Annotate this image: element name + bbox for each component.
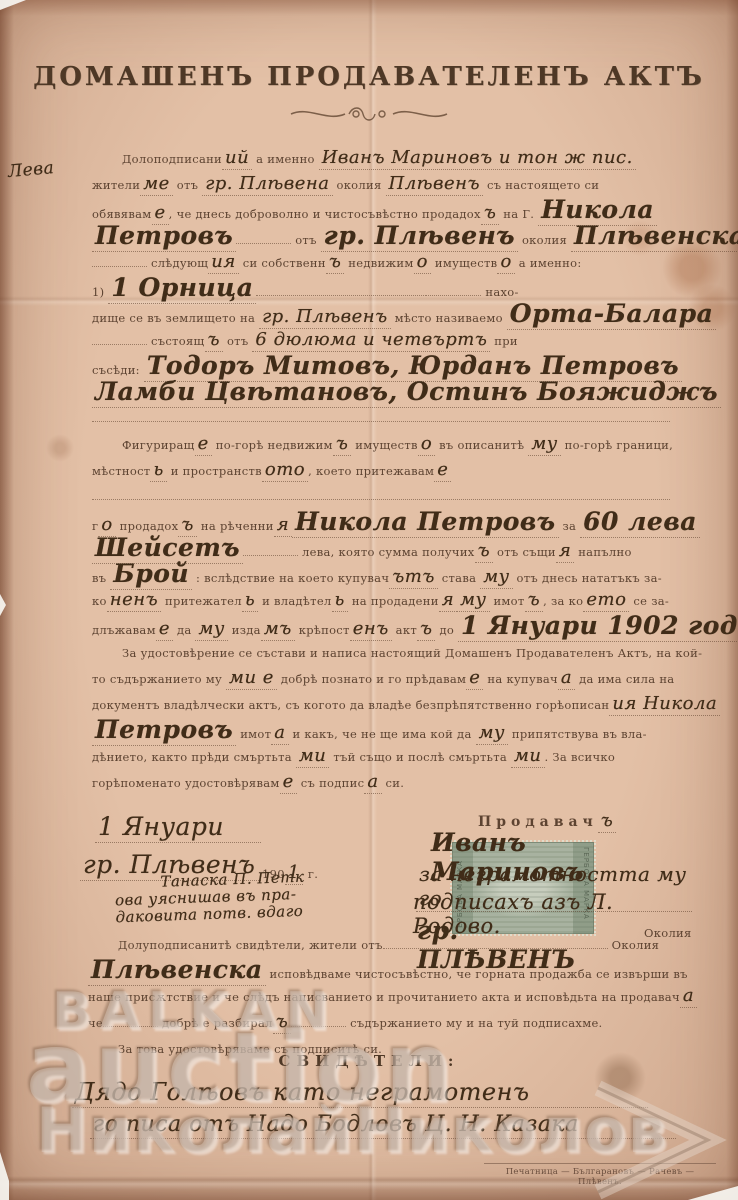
document-line: дѣнието, както прѣди смъртьта ми тъй същ… bbox=[92, 744, 670, 770]
printed-text: да bbox=[173, 623, 195, 637]
printed-text: по-горѣ недвижим bbox=[212, 438, 333, 452]
printed-text: а именно bbox=[252, 152, 319, 166]
handwritten-text: ото bbox=[262, 459, 308, 482]
document-line: горѣпоменато удостовѣряваме съ подписа с… bbox=[92, 770, 670, 796]
signature-date: 1 Януари bbox=[95, 812, 261, 843]
printed-text: дище се въ землището на bbox=[92, 311, 259, 325]
handwritten-text: ия Никола bbox=[609, 693, 720, 716]
flourish-ornament bbox=[289, 104, 449, 124]
handwritten-text: 6 дюлюма и четвъртъ bbox=[252, 329, 490, 352]
handwritten-text: му bbox=[195, 618, 227, 641]
printed-text: дѣнието, както прѣди смъртьта bbox=[92, 750, 296, 764]
printed-text: изда bbox=[228, 623, 261, 637]
printed-text: отъ същи bbox=[493, 545, 556, 559]
handwritten-text: Ламби Цвѣтановъ, Остинъ Бояжиджъ bbox=[92, 377, 721, 408]
seller-signature-place: гр. ПЛѢВЕНЪ bbox=[414, 916, 620, 975]
inserted-note: Танаска П. Петк ова уяснишав въ пра- дак… bbox=[111, 869, 309, 928]
handwritten-text: ъ bbox=[333, 433, 352, 456]
printed-text: имуществ bbox=[351, 438, 418, 452]
document-line: наше присѫтствие и че слѣдъ написванието… bbox=[88, 984, 674, 1010]
handwritten-text: Петровъ bbox=[92, 715, 236, 746]
handwritten-text: ето bbox=[583, 589, 629, 612]
handwritten-text: Никола Петровъ bbox=[292, 507, 558, 538]
witness-signature-2: го писа отъ Надо Бодловъ Ц. Н. Казака bbox=[90, 1112, 676, 1139]
handwritten-text: я bbox=[274, 514, 292, 537]
handwritten-text: ь bbox=[150, 459, 166, 482]
printed-text: : вслѣдствие на което купувач bbox=[192, 571, 389, 585]
handwritten-text: мъ bbox=[261, 618, 295, 641]
handwritten-text: енъ bbox=[350, 618, 392, 641]
handwritten-text: му bbox=[476, 722, 508, 745]
witness-signature-1: Дядо Голѣовъ като неграмотенъ bbox=[72, 1078, 648, 1108]
printed-text: въ bbox=[92, 571, 110, 585]
dotted-blank bbox=[426, 283, 481, 296]
document-line: то съдържанието му ми е добрѣ познато и … bbox=[92, 666, 670, 692]
handwritten-text: Плѣвенска bbox=[571, 221, 738, 252]
printed-text: и пространств bbox=[167, 464, 262, 478]
printed-text: , което притежавам bbox=[308, 464, 434, 478]
dotted-blank bbox=[92, 332, 147, 345]
printed-text: отъ bbox=[223, 334, 252, 348]
handwritten-text: е bbox=[156, 618, 173, 641]
printed-text: имот bbox=[236, 727, 271, 741]
printed-text: Долуподписанитѣ свидѣтели, жители отъ bbox=[118, 938, 383, 952]
handwritten-text: 1 Януари 1902 година bbox=[458, 611, 738, 642]
document-line: Фигурираще по-горѣ недвижимъ имущество в… bbox=[92, 432, 670, 458]
document-line: мѣстность и пространството, което притеж… bbox=[92, 458, 670, 484]
printed-text: Долоподписани bbox=[122, 152, 222, 166]
handwritten-text: му bbox=[457, 589, 489, 612]
handwritten-text: е bbox=[195, 433, 212, 456]
dotted-blank bbox=[256, 283, 426, 296]
signature-block: Продавачъ 1 Януари гр. Плѣвенъ 1901 г. Т… bbox=[0, 806, 738, 938]
printed-text: до bbox=[435, 623, 458, 637]
printed-text: и какъ, че не ще има кой да bbox=[289, 727, 476, 741]
printed-text: тъй също и послѣ смъртьта bbox=[329, 750, 511, 764]
handwritten-text: ъ bbox=[205, 329, 224, 352]
printed-text: наше присѫтствие и че слѣдъ написванието… bbox=[88, 990, 680, 1004]
handwritten-text: ме bbox=[140, 173, 173, 196]
printed-text: на купувач bbox=[483, 672, 557, 686]
printed-text: за bbox=[559, 519, 581, 533]
page-title: ДОМАШЕНЪ ПРОДАВАТЕЛЕНЪ АКТЪ bbox=[0, 62, 738, 92]
printed-text: припятствува въ вла- bbox=[508, 727, 647, 741]
printed-text: продадох bbox=[116, 519, 179, 533]
printed-text: на рѣченни bbox=[197, 519, 274, 533]
handwritten-text: Брой bbox=[110, 559, 192, 590]
printed-text: Фигуриращ bbox=[122, 438, 195, 452]
handwritten-text: му bbox=[480, 566, 512, 589]
document-line: въ Брой : вслѣдствие на което купувачътъ… bbox=[92, 562, 670, 588]
handwritten-text: ненъ bbox=[107, 589, 161, 612]
handwritten-text: Плѣвенъ bbox=[386, 173, 484, 196]
printed-text: горѣпоменато удостовѣрявам bbox=[92, 776, 280, 790]
document-line: За удостовѣрение се състави и написа нас… bbox=[92, 640, 670, 666]
printed-text: имуществ bbox=[431, 256, 498, 270]
dotted-blank bbox=[103, 1014, 158, 1027]
printed-text: ко bbox=[92, 594, 107, 608]
printed-text: съ подпис bbox=[297, 776, 365, 790]
printed-text: да има сила на bbox=[575, 672, 674, 686]
printed-text: на продадени bbox=[348, 594, 439, 608]
handwritten-text: гр. Плѣвенъ bbox=[259, 306, 391, 329]
handwritten-text: 60 лева bbox=[580, 507, 700, 538]
handwritten-text: ия bbox=[208, 251, 239, 274]
printed-text: съ настоящето си bbox=[483, 178, 599, 192]
handwritten-text: а bbox=[364, 771, 381, 794]
printed-text: отъ bbox=[291, 233, 320, 247]
printed-text: слѣдующ bbox=[147, 256, 208, 270]
printed-text: околия bbox=[518, 233, 571, 247]
document-line: дище се въ землището на гр. Плѣвенъ мѣст… bbox=[92, 302, 670, 328]
handwritten-text: Плѣвенска bbox=[88, 955, 266, 986]
printed-text: става bbox=[438, 571, 480, 585]
printed-text: мѣстност bbox=[92, 464, 150, 478]
blank-dotted-line bbox=[92, 406, 670, 432]
year-suffix: г. bbox=[308, 867, 318, 881]
handwritten-text: ъ bbox=[326, 251, 345, 274]
dotted-blank bbox=[92, 254, 147, 267]
handwritten-text: а bbox=[558, 667, 575, 690]
handwritten-text: ми bbox=[296, 745, 330, 768]
printed-text: , че днесь доброволно и чистосъвѣстно пр… bbox=[169, 207, 481, 221]
witnesses-heading: СВИДѢТЕЛИ: bbox=[0, 1052, 738, 1070]
printed-text: жители bbox=[92, 178, 140, 192]
torn-corner-top-left bbox=[0, 0, 26, 10]
printed-text: притежател bbox=[161, 594, 242, 608]
handwritten-text: му bbox=[528, 433, 560, 456]
handwritten-text: гр. Плѣвенъ bbox=[321, 221, 518, 252]
printed-text: имот bbox=[490, 594, 525, 608]
document-line: Петровъ имота и какъ, че не ще има кой д… bbox=[92, 718, 670, 744]
printed-text: по-горѣ граници, bbox=[561, 438, 673, 452]
printed-text: отъ днесь нататъкъ за- bbox=[513, 571, 662, 585]
handwritten-text: о bbox=[418, 433, 435, 456]
printed-text: си собственн bbox=[239, 256, 326, 270]
handwritten-text: о bbox=[497, 251, 514, 274]
handwritten-text: е bbox=[434, 459, 451, 482]
torn-corner-bottom-left bbox=[0, 1152, 9, 1200]
handwritten-text: Орта-Балара bbox=[507, 299, 717, 330]
document-line: Долоподписаниий а именно Иванъ Мариновъ … bbox=[92, 146, 670, 172]
printed-text: документъ владѣлчески актъ, съ когото да… bbox=[92, 698, 609, 712]
dotted-blank bbox=[243, 543, 298, 556]
document-lines: Долоподписаниий а именно Иванъ Мариновъ … bbox=[92, 146, 670, 796]
printed-text: околия bbox=[333, 178, 386, 192]
printed-text: добрѣ познато и го прѣдавам bbox=[277, 672, 466, 686]
printed-text: отъ bbox=[173, 178, 202, 192]
dotted-blank bbox=[236, 231, 291, 244]
printed-text: се за- bbox=[629, 594, 669, 608]
printed-text: недвижим bbox=[344, 256, 413, 270]
handwritten-text: о bbox=[414, 251, 431, 274]
printed-text: че bbox=[88, 1016, 103, 1030]
document-line: Ламби Цвѣтановъ, Остинъ Бояжиджъ bbox=[92, 380, 670, 406]
printed-text: състоящ bbox=[147, 334, 205, 348]
printed-text: то съдържанието му bbox=[92, 672, 226, 686]
printed-text: крѣпост bbox=[295, 623, 350, 637]
printed-text: мѣсто називаемо bbox=[391, 311, 507, 325]
printed-text: при bbox=[490, 334, 518, 348]
handwritten-text: я bbox=[556, 540, 574, 563]
printer-imprint: Печатница — Българановъ — Рачевъ — Плѣве… bbox=[484, 1163, 716, 1187]
handwritten-text: а bbox=[680, 985, 697, 1008]
torn-edge-left bbox=[0, 594, 6, 616]
handwritten-text: ь bbox=[332, 589, 348, 612]
printed-text: въ описанитѣ bbox=[435, 438, 528, 452]
handwritten-text: я bbox=[439, 589, 457, 612]
document-line: Петровъ отъ гр. Плѣвенъ околия Плѣвенска bbox=[92, 224, 670, 250]
handwritten-text: ми bbox=[511, 745, 545, 768]
printed-text: напълно bbox=[574, 545, 631, 559]
handwritten-text: Петровъ bbox=[92, 221, 236, 252]
printed-text: 1) bbox=[92, 285, 108, 299]
document-photo: ДОМАШЕНЪ ПРОДАВАТЕЛЕНЪ АКТЪ Лева Долопод… bbox=[0, 0, 738, 1200]
dotted-blank bbox=[291, 1014, 346, 1027]
margin-note: Лева bbox=[4, 158, 58, 183]
printed-text: обявявам bbox=[92, 207, 152, 221]
printed-text: За удостовѣрение се състави и написа нас… bbox=[122, 646, 702, 660]
handwritten-text: ъ bbox=[525, 589, 544, 612]
printed-text: лева, която сумма получих bbox=[298, 545, 475, 559]
printed-text: нахо- bbox=[481, 285, 518, 299]
handwritten-text: е bbox=[280, 771, 297, 794]
handwritten-text: гр. Плѣвена bbox=[202, 173, 332, 196]
handwritten-text: Иванъ Мариновъ и тон ж пис. bbox=[319, 147, 636, 170]
printed-text: , за ко bbox=[543, 594, 583, 608]
handwritten-text: ъ bbox=[417, 618, 436, 641]
blank-dotted-line bbox=[92, 484, 670, 510]
handwritten-text: ий bbox=[222, 147, 252, 170]
handwritten-text: ъ bbox=[475, 540, 494, 563]
printed-text: акт bbox=[392, 623, 417, 637]
handwritten-text: 1 Орница bbox=[108, 273, 256, 304]
printed-text: съсѣди: bbox=[92, 363, 144, 377]
printed-text: добрѣ е разбирал bbox=[158, 1016, 273, 1030]
handwritten-text: а bbox=[271, 722, 288, 745]
document-line: длъжаваме да му издамъ крѣпостенъ актъ д… bbox=[92, 614, 670, 640]
printed-text: на Г. bbox=[499, 207, 538, 221]
handwritten-text: е bbox=[466, 667, 483, 690]
handwritten-text: ми е bbox=[226, 667, 277, 690]
handwritten-text: ътъ bbox=[389, 566, 438, 589]
printed-text: длъжавам bbox=[92, 623, 156, 637]
printed-text: а именно: bbox=[515, 256, 582, 270]
torn-corner-bottom-right bbox=[688, 1186, 738, 1200]
printed-text: съдържанието му и на туй подписахме. bbox=[346, 1016, 602, 1030]
handwritten-text: ь bbox=[242, 589, 258, 612]
printed-text: . За всичко bbox=[545, 750, 616, 764]
document-line: че добрѣ е разбиралъ съдържанието му и н… bbox=[88, 1010, 674, 1036]
printed-text: и владѣтел bbox=[258, 594, 331, 608]
okolia-label: Околия bbox=[644, 926, 692, 940]
handwritten-text: ъ bbox=[273, 1011, 292, 1034]
printed-text: си. bbox=[382, 776, 405, 790]
